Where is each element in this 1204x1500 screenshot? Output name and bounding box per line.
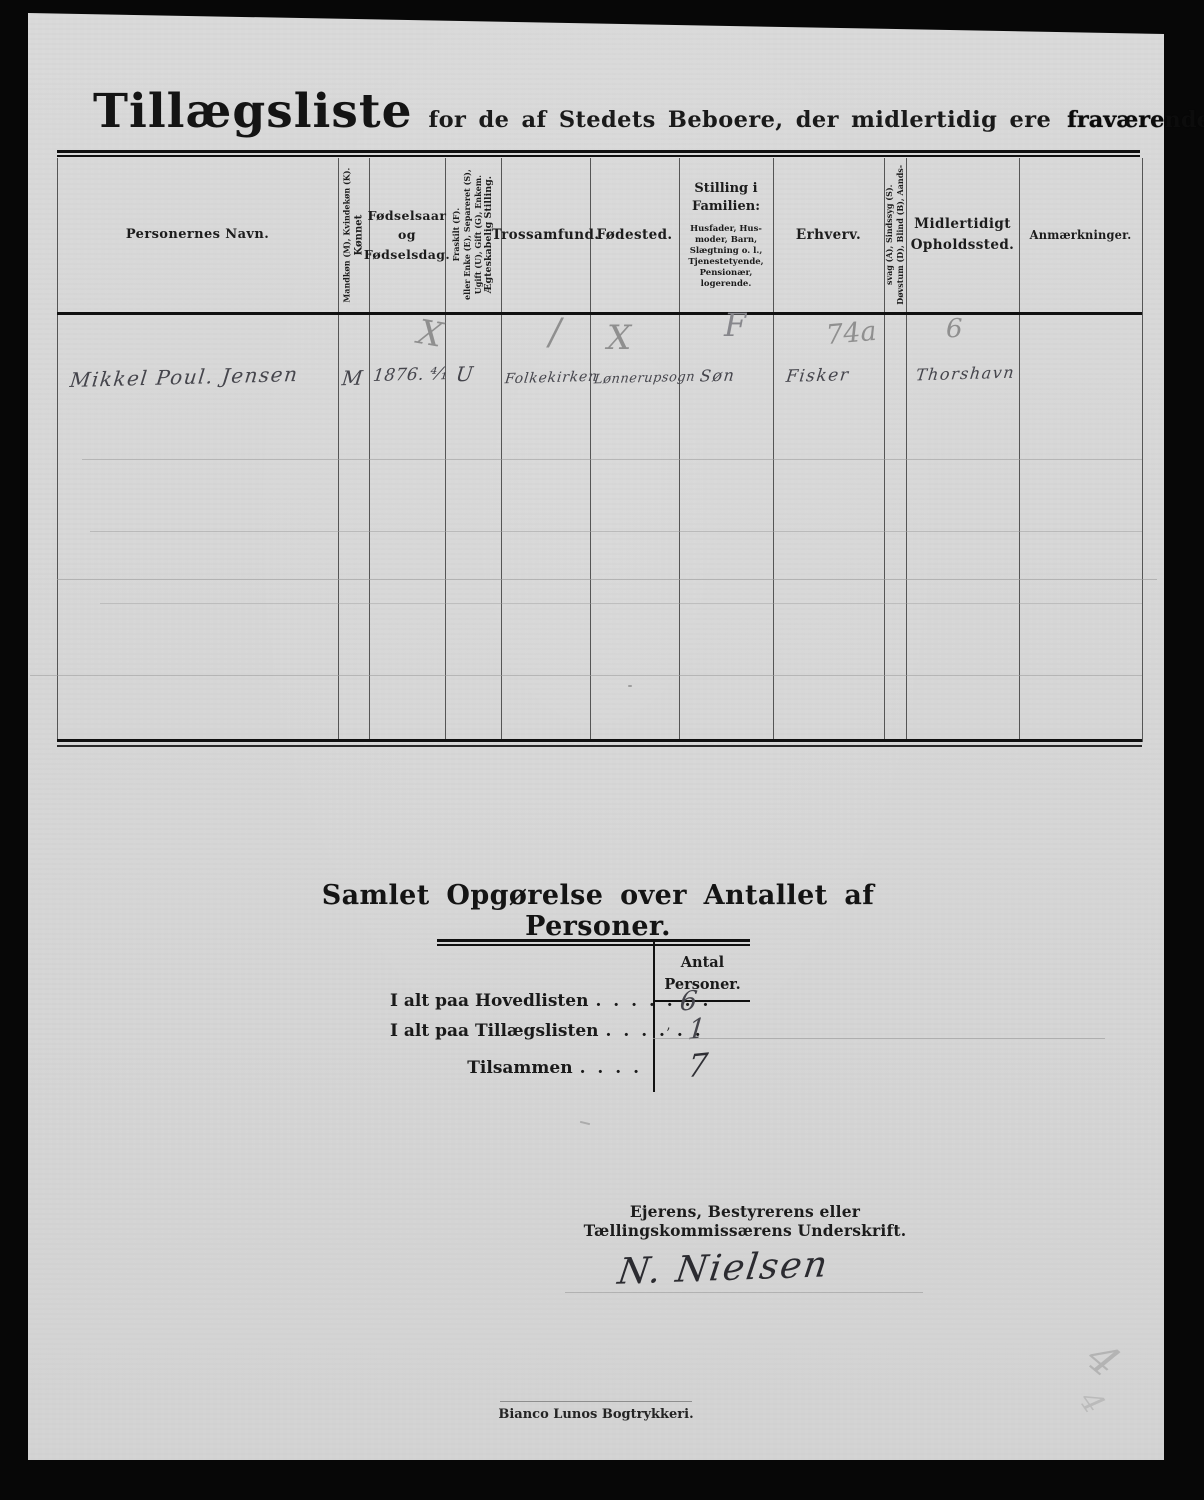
pencil-mark-family: F [724,306,746,344]
pencil-mark-birthplace: X [607,318,631,358]
col-header-remarks-label: Anmærkninger. [1030,228,1132,242]
header-bottom-rule [57,312,1142,315]
table-top-rule-2 [57,155,1140,157]
col-header-residence: Midlertidigt Opholdssted. [906,158,1019,312]
page-title: Tillægsliste for de af Stedets Beboere, … [93,84,1204,139]
entry-residence: Thorshavn [915,363,1016,385]
col-header-occupation-label: Erhverv. [796,225,861,246]
col-header-sex-vertical: Mandkøn (M), Kvindekøn (K). Kønnet [341,168,365,303]
entry-marital: U [455,362,476,387]
signature-underline [565,1292,923,1293]
summary-row-tilsammen-label: Tilsammen [467,1058,572,1078]
summary-row-tillaegslisten: I alt paa Tillægslisten. . . . . . [390,1021,642,1041]
page-title-subtitle-bold: fraværende. [1067,107,1204,133]
page-title-subtitle: for de af Stedets Beboere, der midlertid… [428,107,1051,133]
entry-occupation: Fisker [785,365,851,387]
summary-row-hovedlisten: I alt paa Hovedlisten. . . . . . . [390,991,642,1011]
summary-col-header-l1: Antal [653,952,752,974]
row-line-3 [57,579,1157,580]
row-line-5 [30,675,1142,676]
col-header-birth-l3: Fødselsdag. [364,245,450,264]
entry-family-position: Søn [699,366,737,386]
row-line-1 [82,459,1142,460]
entry-faith: Folkekirken [504,369,599,387]
col-header-disability-l2: svag (A), Sindssyg (S). [884,185,895,285]
col-header-sex-sub: Mandkøn (M), Kvindekøn (K). [341,168,352,303]
summary-value-hovedlisten: 6 [678,986,700,1018]
col-header-remarks: Anmærkninger. [1019,158,1142,312]
entry-sex: M [341,366,366,391]
pencil-dot [628,685,632,687]
summary-top-rule-2 [437,944,750,946]
col-header-disability: svag (A), Sindssyg (S). Døvstum (D), Bli… [884,158,906,312]
summary-top-rule-1 [437,939,750,942]
summary-col-header: Antal Personer. [653,952,752,996]
col-header-marital-l3: eller Enke (E), Separeret (S), [461,170,472,301]
signature-name: N. Nielsen [615,1244,832,1293]
col-header-family: Stilling i Familien: Husfader, Hus-moder… [679,158,773,312]
col-header-occupation: Erhverv. [773,158,884,312]
col-header-birthplace: Fødested. [590,158,679,312]
scanned-census-page: Tillægsliste for de af Stedets Beboere, … [0,0,1204,1500]
row-line-2 [90,531,1142,532]
summary-tick: ’ [666,1026,670,1042]
col-header-disability-l1: Døvstum (D), Blind (B), Aands- [895,165,906,305]
summary-value-tilsammen: 7 [686,1047,711,1086]
pencil-mark-faith: / [549,312,561,353]
col-header-faith-label: Trossamfund. [492,225,600,246]
table-bottom-rule-1 [57,739,1142,742]
summary-value-tillaegslisten: 1 [686,1012,708,1046]
pencil-mark-occupation: 74a [825,316,878,351]
summary-row-tilsammen: Tilsammen. . . . [432,1058,642,1078]
page-title-main: Tillægsliste [93,84,412,139]
col-header-residence-l1: Midlertidigt [914,214,1011,235]
col-header-birthplace-label: Fødested. [596,225,672,246]
entry-birthplace: Lønnerupsogn [593,370,696,388]
entry-birth: 1876. ⁴⁄₁ [372,364,449,386]
printer-imprint: Bianco Lunos Bogtrykkeri. [440,1407,752,1422]
col-header-birth-l1: Fødselsaar [368,206,447,225]
row-line-4 [100,603,1142,604]
col-header-birth-l2: og [398,225,416,244]
col-header-marital-l2: Ugift (U), Gift (G), Enkem. [472,175,483,294]
summary-row-tillaegslisten-label: I alt paa Tillægslisten [390,1021,599,1041]
table-border-right [1142,158,1143,742]
summary-row-tilsammen-dots: . . . . [580,1058,642,1078]
col-header-family-sub: Husfader, Hus-moder, Barn, Slægtning o. … [681,224,771,290]
col-header-faith: Trossamfund. [501,158,590,312]
summary-faint-line [653,1038,1105,1039]
col-header-marital-l4: Fraskilt (F). [450,208,461,262]
pencil-mark-residence: 6 [946,314,963,344]
footer-rule [500,1401,692,1402]
table-bottom-rule-2 [57,745,1142,747]
col-header-residence-l2: Opholdssted. [911,235,1015,256]
col-header-family-title: Stilling i Familien: [691,180,761,216]
col-header-birth: Fødselsaar og Fødselsdag. [369,158,445,312]
summary-heading: Samlet Opgørelse over Antallet af Person… [300,880,896,942]
summary-row-hovedlisten-label: I alt paa Hovedlisten [390,991,588,1011]
col-header-sex: Mandkøn (M), Kvindekøn (K). Kønnet [338,158,369,312]
col-header-marital-vertical: Fraskilt (F). eller Enke (E), Separeret … [450,170,495,301]
signature-caption: Ejerens, Bestyrerens eller Tællingskommi… [545,1202,945,1240]
col-header-disability-vertical: svag (A), Sindssyg (S). Døvstum (D), Bli… [884,165,906,305]
col-header-name-label: Personernes Navn. [126,225,269,245]
table-top-rule-1 [57,150,1140,153]
col-header-name: Personernes Navn. [57,158,338,312]
